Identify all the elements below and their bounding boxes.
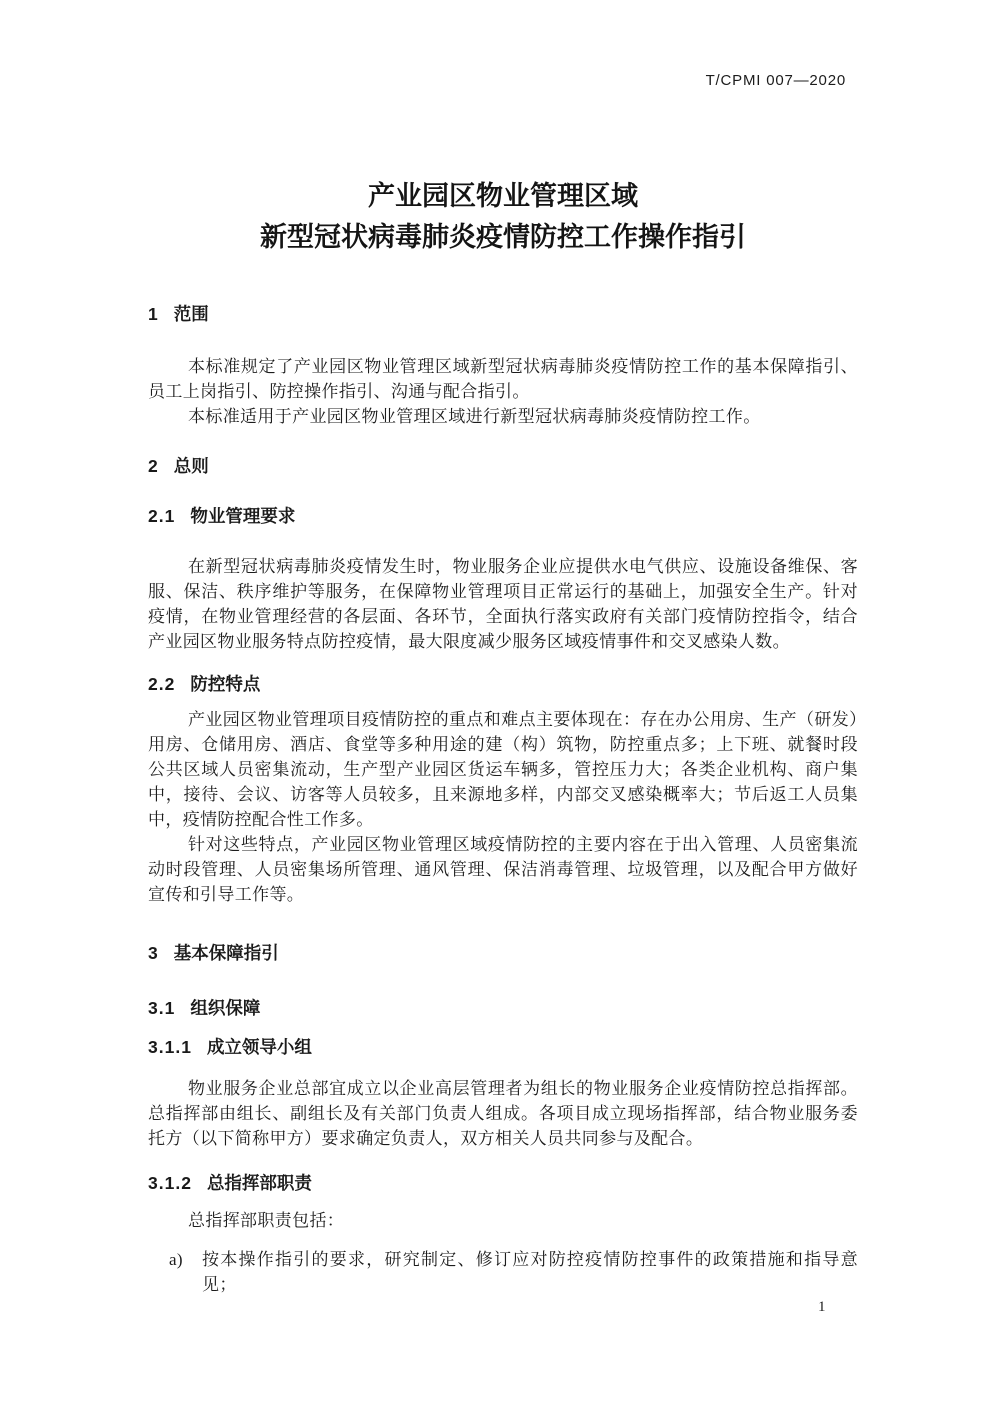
list-item-a: a) 按本操作指引的要求，研究制定、修订应对防控疫情防控事件的政策措施和指导意见… [148,1247,858,1297]
heading-3-basic-support-guidelines: 3基本保障指引 [148,941,858,966]
heading-3-1-2-headquarters-duties: 3.1.2总指挥部职责 [148,1171,858,1196]
page-number: 1 [818,1299,826,1316]
heading-3-1-1-establish-leading-group: 3.1.1成立领导小组 [148,1035,858,1060]
heading-number: 3 [148,943,159,963]
heading-text: 总则 [174,456,209,476]
document-content: 产业园区物业管理区域 新型冠状病毒肺炎疫情防控工作操作指引 1范围 本标准规定了… [148,0,858,1297]
heading-1-scope: 1范围 [148,302,858,327]
document-title: 产业园区物业管理区域 新型冠状病毒肺炎疫情防控工作操作指引 [148,176,858,258]
paragraph-2-1: 在新型冠状病毒肺炎疫情发生时，物业服务企业应提供水电气供应、设施设备维保、客服、… [148,554,858,654]
heading-text: 物业管理要求 [190,506,295,526]
heading-2-1-property-management-requirements: 2.1物业管理要求 [148,504,858,529]
paragraph-2-2-a: 产业园区物业管理项目疫情防控的重点和难点主要体现在：存在办公用房、生产（研发）用… [148,707,858,832]
heading-2-2-prevention-control-features: 2.2防控特点 [148,672,858,697]
document-title-line-1: 产业园区物业管理区域 [148,176,858,217]
heading-number: 1 [148,304,159,324]
heading-text: 基本保障指引 [174,943,279,963]
heading-text: 总指挥部职责 [207,1173,312,1193]
heading-number: 3.1 [148,998,175,1018]
heading-text: 范围 [174,304,209,324]
list-item-text: 按本操作指引的要求，研究制定、修订应对防控疫情防控事件的政策措施和指导意见； [202,1250,858,1294]
list-item-marker: a) [169,1247,183,1272]
heading-2-general: 2总则 [148,454,858,479]
paragraph-scope-1: 本标准规定了产业园区物业管理区域新型冠状病毒肺炎疫情防控工作的基本保障指引、员工… [148,354,858,404]
paragraph-scope-2: 本标准适用于产业园区物业管理区域进行新型冠状病毒肺炎疫情防控工作。 [148,404,858,429]
paragraph-2-2-b: 针对这些特点，产业园区物业管理区域疫情防控的主要内容在于出入管理、人员密集流动时… [148,832,858,907]
heading-3-1-organizational-support: 3.1组织保障 [148,996,858,1021]
heading-number: 3.1.2 [148,1173,192,1193]
document-page: T/CPMI 007—2020 产业园区物业管理区域 新型冠状病毒肺炎疫情防控工… [0,0,1000,1415]
heading-number: 2.1 [148,506,175,526]
heading-number: 2 [148,456,159,476]
document-title-line-2: 新型冠状病毒肺炎疫情防控工作操作指引 [148,217,858,258]
heading-text: 成立领导小组 [207,1037,312,1057]
heading-number: 3.1.1 [148,1037,192,1057]
heading-number: 2.2 [148,674,175,694]
heading-text: 组织保障 [190,998,260,1018]
heading-text: 防控特点 [190,674,260,694]
paragraph-3-1-2-intro: 总指挥部职责包括： [148,1208,858,1233]
paragraph-3-1-1: 物业服务企业总部宜成立以企业高层管理者为组长的物业服务企业疫情防控总指挥部。总指… [148,1076,858,1151]
